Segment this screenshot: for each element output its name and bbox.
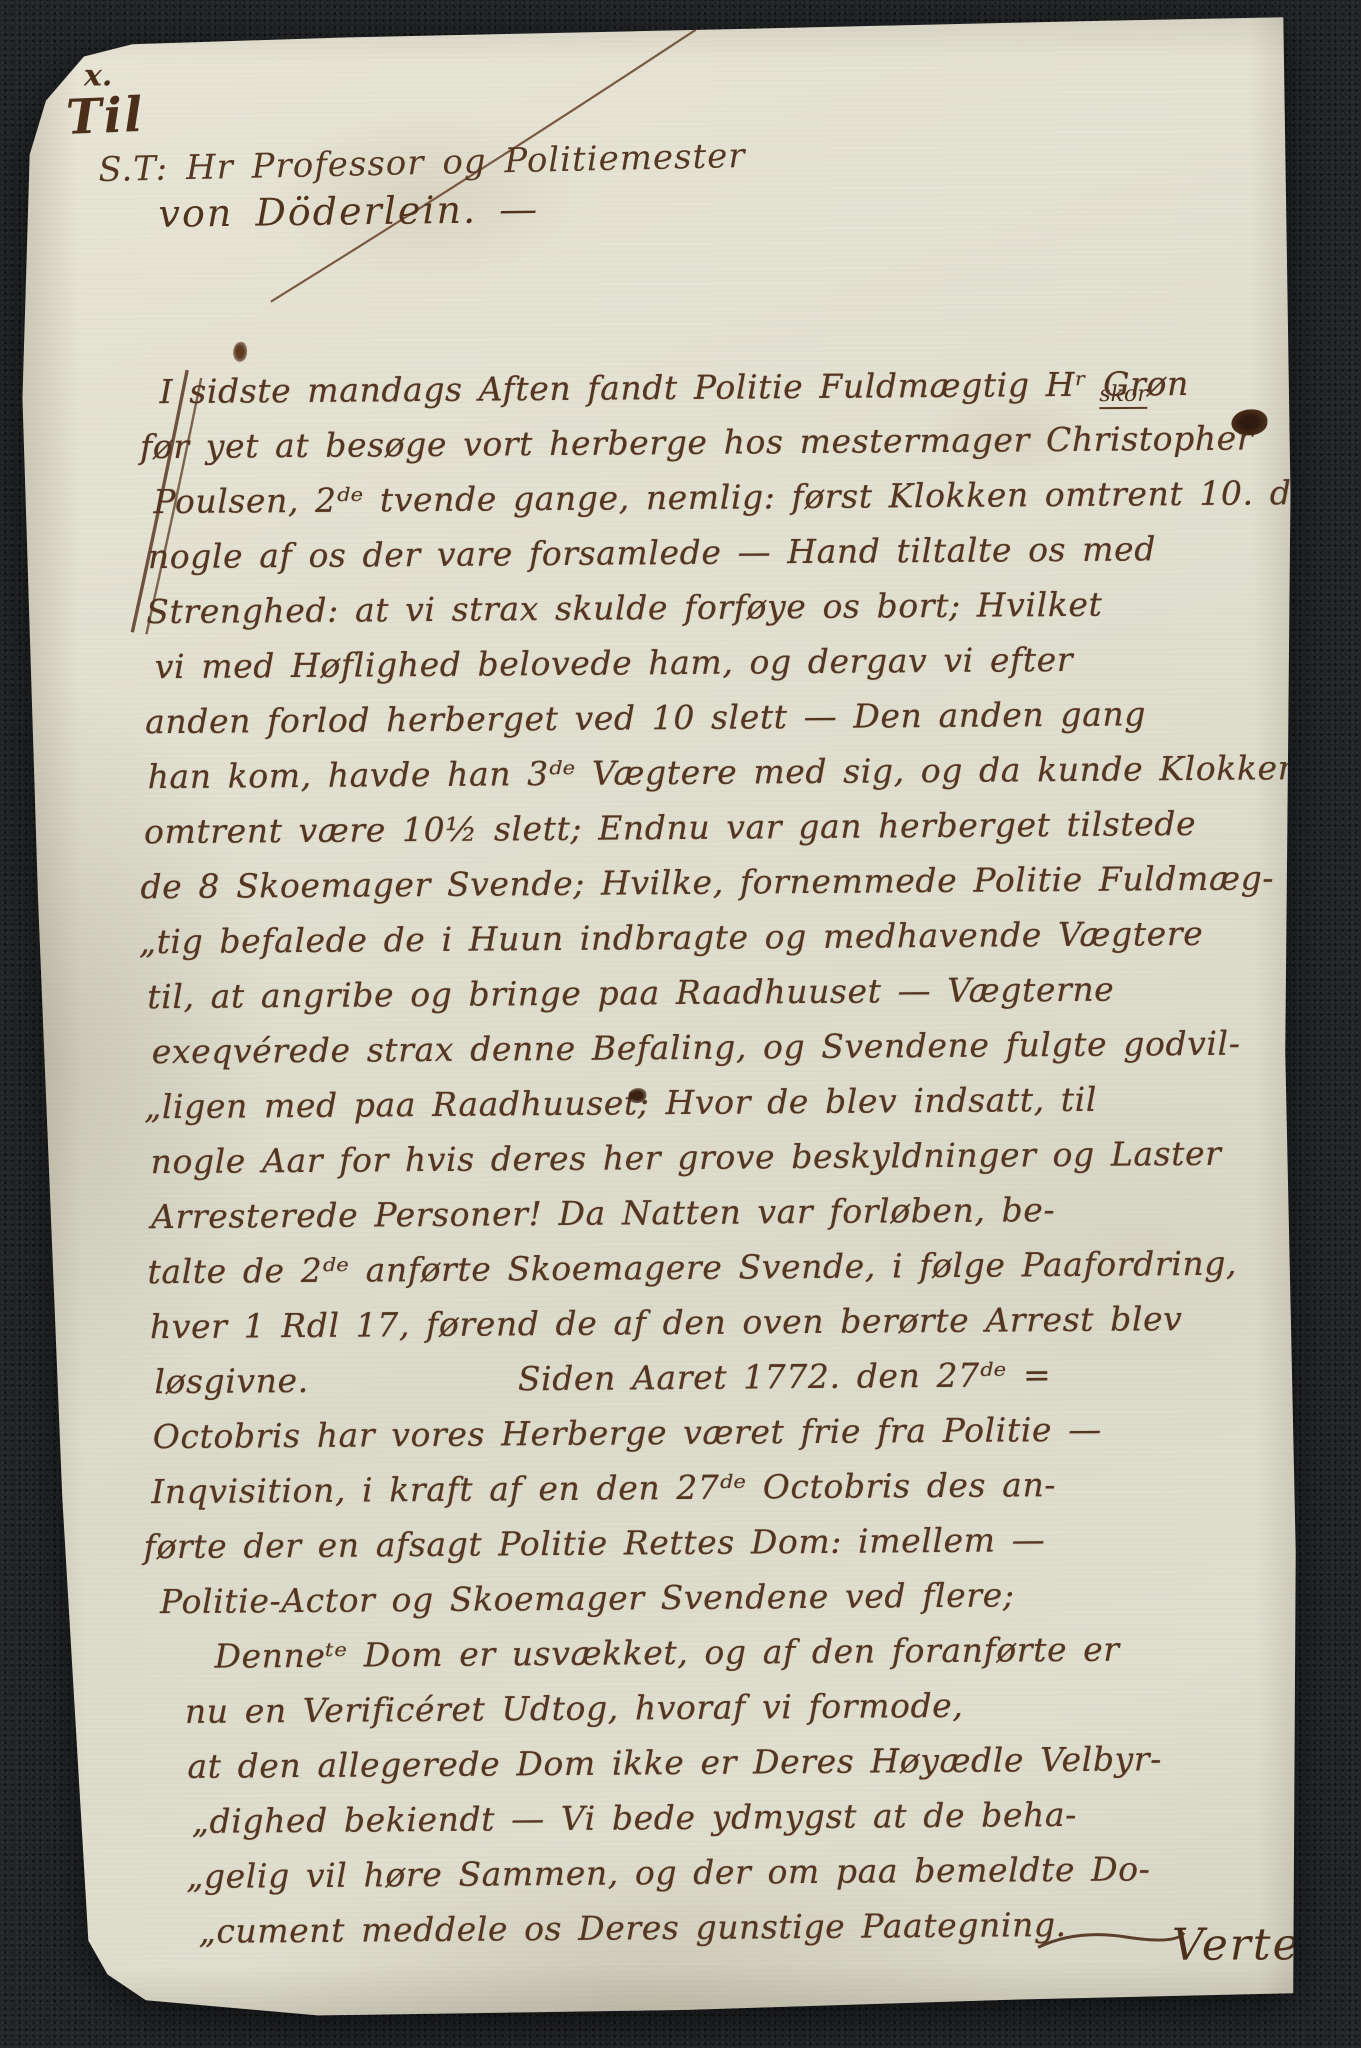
manuscript-line: Denneᵗᵉ Dom er usvækket, og af den foran… — [214, 1620, 1284, 1683]
manuscript-line: nogle af os der vare forsamlede — Hand t… — [148, 520, 1276, 584]
manuscript-line: til, at angribe og bringe paa Raadhuuset… — [147, 960, 1279, 1024]
manuscript-line: førte der en afsagt Politie Rettes Dom: … — [143, 1510, 1283, 1574]
manuscript-line: løsgivne. Siden Aaret 1772. den 27ᵈᵉ = — [154, 1345, 1282, 1409]
ink-blot — [628, 1088, 646, 1103]
manuscript-line: I sidste mandags Aften fandt Politie Ful… — [159, 355, 1274, 419]
verte-flourish — [1036, 1927, 1186, 1962]
manuscript-line: før yet at besøge vort herberge hos mest… — [140, 410, 1275, 474]
ink-blot — [233, 342, 247, 362]
paper-shadow-wrap: x. Til S.T: Hr Professor og Politiemeste… — [0, 0, 1361, 2048]
manuscript-line: „dighed bekiendt — Vi bede ydmygst at de… — [192, 1785, 1286, 1849]
manuscript-line: nogle Aar for hvis deres her grove besky… — [150, 1125, 1280, 1189]
manuscript-line: omtrent være 10½ slett; Endnu var gan he… — [144, 795, 1278, 859]
manuscript-line: Octobris har vores Herberge været frie f… — [153, 1400, 1283, 1464]
manuscript-line: „tig befalede de i Huun indbragte og med… — [139, 905, 1279, 969]
manuscript-line: at den allegerede Dom ikke er Deres Høyæ… — [187, 1730, 1285, 1794]
turn-over-label: Verte — [1172, 1919, 1301, 1971]
ink-blot — [1231, 409, 1267, 435]
turn-over-note: Verte — [1036, 1919, 1301, 1971]
manuscript-line: hver 1 Rdl 17, førend de af den oven ber… — [150, 1290, 1282, 1354]
manuscript-line: nu en Verificéret Udtog, hvoraf vi formo… — [185, 1675, 1285, 1739]
manuscript-line: vi med Høflighed belovede ham, og dergav… — [155, 630, 1277, 694]
manuscript-line: exeqvérede strax denne Befaling, og Sven… — [152, 1015, 1280, 1079]
manuscript-line: Strenghed: at vi strax skulde forføye os… — [146, 575, 1276, 639]
manuscript-line: Poulsen, 2ᵈᵉ tvende gange, nemlig: først… — [153, 465, 1275, 529]
manuscript-line: „ligen med paa Raadhuuset; Hvor de blev … — [144, 1070, 1280, 1134]
manuscript-line: han kom, havde han 3ᵈᵉ Vægtere med sig, … — [147, 740, 1277, 804]
manuscript-line: talte de 2ᵈᵉ anførte Skoemagere Svende, … — [147, 1235, 1281, 1299]
manuscript-line: „gelig vil høre Sammen, og der om paa be… — [186, 1840, 1286, 1904]
manuscript-line: anden forlod herberget ved 10 slett — De… — [145, 685, 1277, 749]
letter-body: I sidste mandags Aften fandt Politie Ful… — [134, 355, 1286, 1959]
manuscript-line: Arresterede Personer! Da Natten var forl… — [151, 1180, 1281, 1244]
address-salutation: Til — [65, 87, 145, 146]
manuscript-page: x. Til S.T: Hr Professor og Politiemeste… — [18, 13, 1299, 2017]
archive-photo-background: x. Til S.T: Hr Professor og Politiemeste… — [0, 0, 1361, 2048]
manuscript-line: de 8 Skoemager Svende; Hvilke, fornemmed… — [140, 850, 1278, 914]
manuscript-line: Politie-Actor og Skoemager Svendene ved … — [160, 1565, 1284, 1629]
address-line-2: von Döderlein. — — [158, 187, 539, 236]
address-line-1: S.T: Hr Professor og Politiemester — [98, 136, 746, 190]
manuscript-line: Inqvisition, i kraft af en den 27ᵈᵉ Octo… — [151, 1455, 1283, 1519]
